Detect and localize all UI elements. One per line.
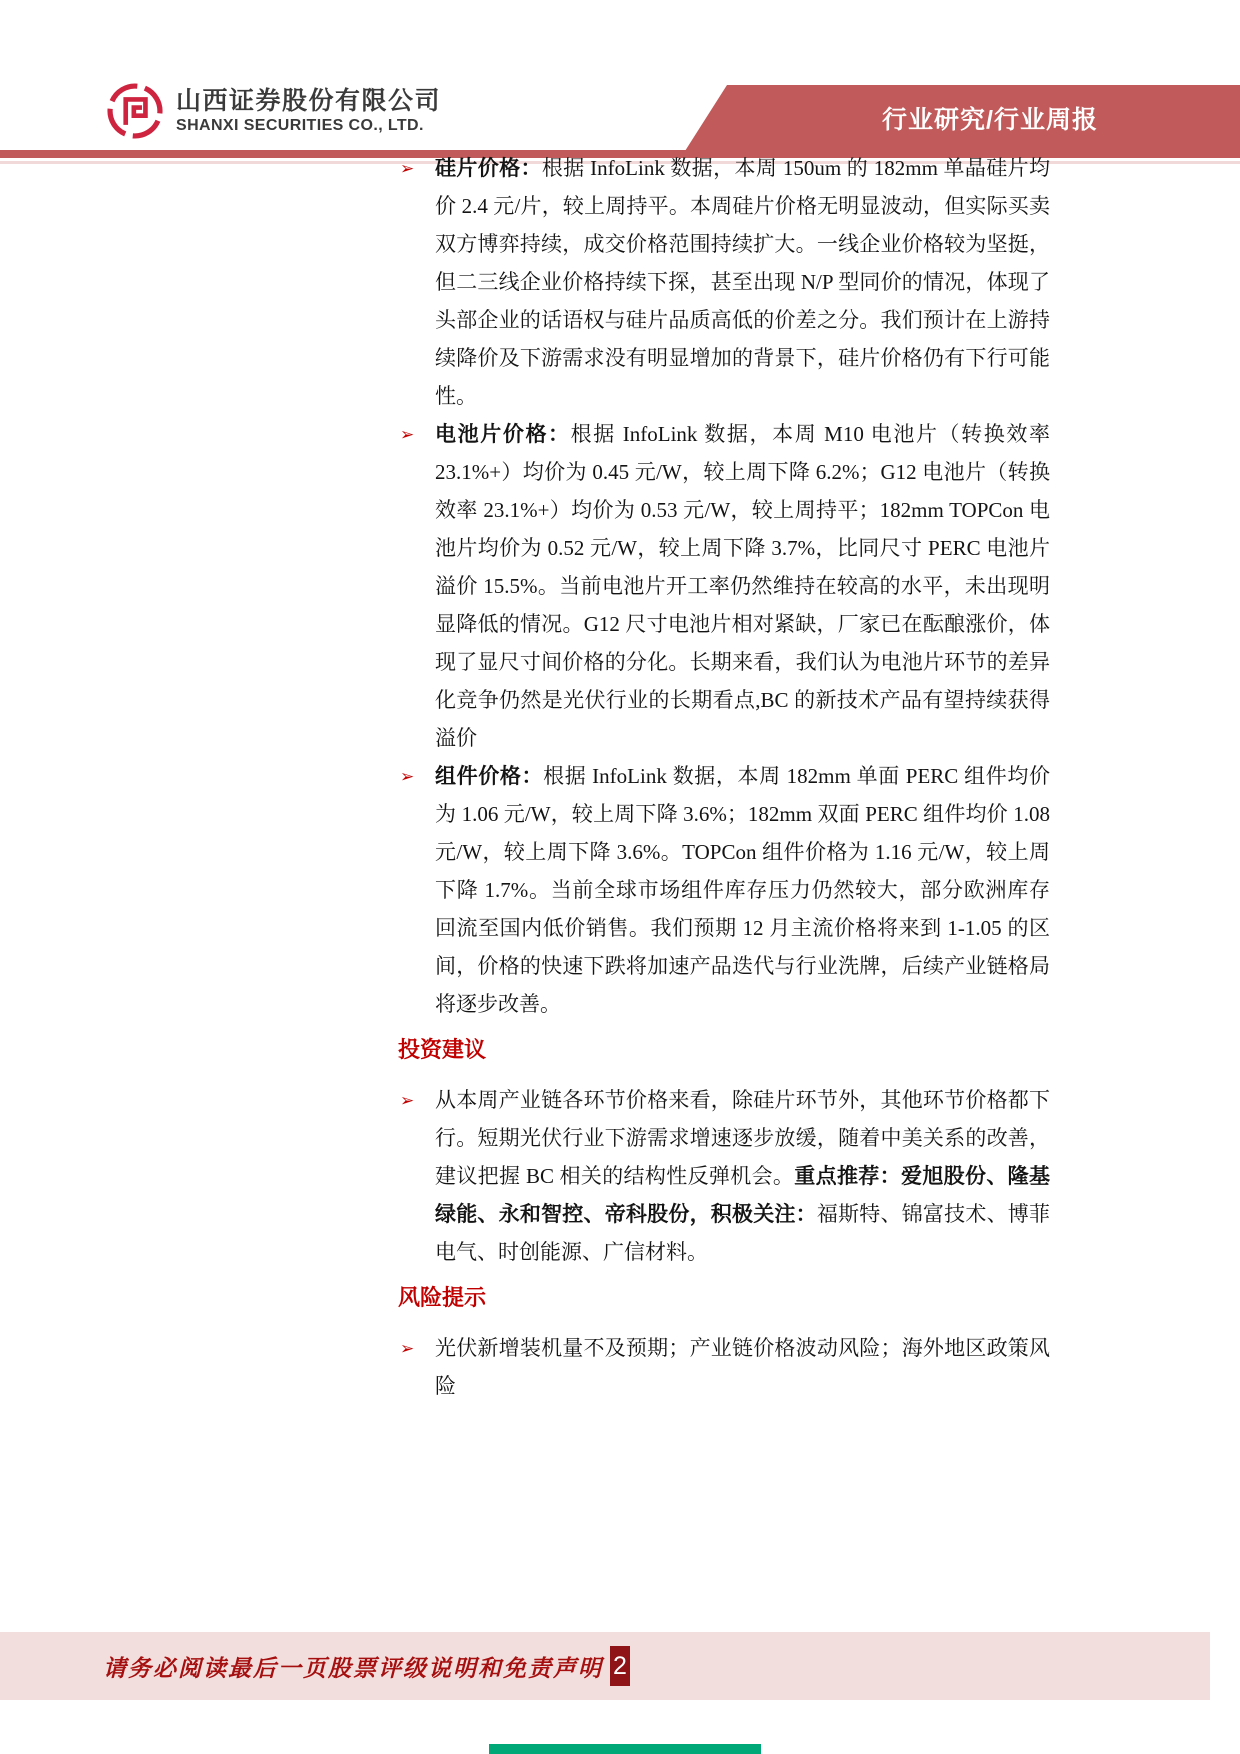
banner-label: 行业研究/行业周报 <box>882 100 1098 136</box>
body-text: 根据 InfoLink 数据，本周 M10 电池片（转换效率 23.1%+）均价… <box>435 422 1050 750</box>
page-number-badge: 2 <box>610 1646 630 1686</box>
company-name-cn: 山西证券股份有限公司 <box>176 86 441 116</box>
bullet-arrow-icon: ➢ <box>400 150 414 188</box>
emphasis-text: 电池片价格： <box>435 422 571 446</box>
report-body: ➢硅片价格：根据 InfoLink 数据，本周 150um 的 182mm 单晶… <box>398 149 1050 1405</box>
bullet-arrow-icon: ➢ <box>400 758 414 796</box>
emphasis-text: 硅片价格： <box>435 156 542 180</box>
bullet-paragraph: ➢从本周产业链各环节价格来看，除硅片环节外，其他环节价格都下行。短期光伏行业下游… <box>398 1081 1050 1271</box>
bullet-paragraph: ➢电池片价格：根据 InfoLink 数据，本周 M10 电池片（转换效率 23… <box>398 415 1050 757</box>
bullet-paragraph: ➢硅片价格：根据 InfoLink 数据，本周 150um 的 182mm 单晶… <box>398 149 1050 415</box>
footer-disclaimer: 请务必阅读最后一页股票评级说明和免责声明 <box>103 1650 603 1683</box>
footer-bar: 请务必阅读最后一页股票评级说明和免责声明 2 <box>0 1632 1210 1700</box>
bullet-arrow-icon: ➢ <box>400 1330 414 1368</box>
company-name-block: 山西证券股份有限公司 SHANXI SECURITIES CO., LTD. <box>176 86 441 136</box>
report-page: 山西证券股份有限公司 SHANXI SECURITIES CO., LTD. 行… <box>0 0 1240 1754</box>
body-text: 根据 InfoLink 数据，本周 182mm 单面 PERC 组件均价为 1.… <box>435 764 1050 1016</box>
section-heading: 风险提示 <box>398 1283 1050 1313</box>
company-name-en: SHANXI SECURITIES CO., LTD. <box>176 116 441 136</box>
body-text: 根据 InfoLink 数据，本周 150um 的 182mm 单晶硅片均价 2… <box>435 156 1050 408</box>
bottom-accent-bar <box>489 1744 761 1754</box>
bullet-arrow-icon: ➢ <box>400 416 414 454</box>
emphasis-text: 组件价格： <box>435 764 543 788</box>
bullet-paragraph: ➢光伏新增装机量不及预期；产业链价格波动风险；海外地区政策风险 <box>398 1329 1050 1405</box>
page-header: 山西证券股份有限公司 SHANXI SECURITIES CO., LTD. <box>106 82 441 140</box>
body-text: 光伏新增装机量不及预期；产业链价格波动风险；海外地区政策风险 <box>435 1336 1050 1398</box>
bullet-paragraph: ➢组件价格：根据 InfoLink 数据，本周 182mm 单面 PERC 组件… <box>398 757 1050 1023</box>
bullet-arrow-icon: ➢ <box>400 1082 414 1120</box>
report-type-banner: 行业研究/行业周报 <box>685 85 1240 151</box>
section-heading: 投资建议 <box>398 1035 1050 1065</box>
shanxi-securities-logo-icon <box>106 82 164 140</box>
